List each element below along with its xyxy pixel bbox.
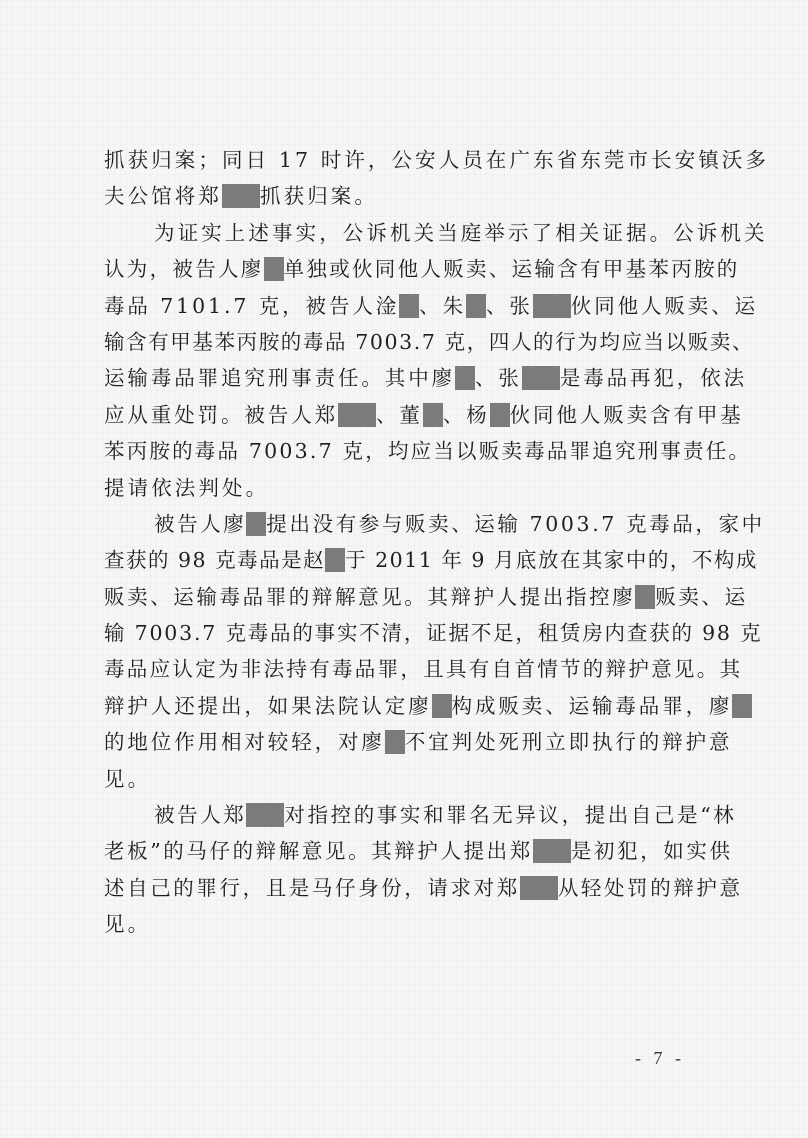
redaction-box: [264, 257, 284, 281]
page-number: - 7 -: [635, 1048, 685, 1069]
text-run: 单独或伙同他人贩卖、运输含有甲基苯丙胺的: [284, 257, 740, 281]
text-run: 见。: [104, 767, 151, 791]
text-run: 贩卖、运输毒品罪的辩解意见。其辩护人提出指控廖: [104, 585, 635, 609]
text-line: 毒品 7101.7 克，被告人淦、朱、张伙同他人贩卖、运: [104, 288, 708, 324]
text-run: 毒品 7101.7 克，被告人淦: [104, 294, 399, 318]
text-run: 是毒品再犯，依法: [560, 366, 747, 390]
redaction-box: [490, 403, 510, 427]
text-line: 输含有甲基苯丙胺的毒品 7003.7 克，四人的行为均应当以贩卖、: [104, 324, 708, 360]
paragraph-start-line: 为证实上述事实，公诉机关当庭举示了相关证据。公诉机关: [104, 215, 708, 251]
text-line: 查获的 98 克毒品是赵于 2011 年 9 月底放在其家中的，不构成: [104, 542, 708, 578]
text-run: 为证实上述事实，公诉机关当庭举示了相关证据。公诉机关: [154, 221, 768, 245]
text-run: 构成贩卖、运输毒品罪，廖: [452, 694, 733, 718]
text-line: 认为，被告人廖单独或伙同他人贩卖、运输含有甲基苯丙胺的: [104, 251, 708, 287]
text-line: 见。: [104, 761, 708, 797]
redaction-box: [246, 803, 284, 827]
text-run: 应从重处罚。被告人郑: [104, 403, 338, 427]
redaction-box: [325, 548, 345, 572]
text-run: 、董: [376, 403, 423, 427]
text-run: 毒品应认定为非法持有毒品罪，且具有自首情节的辩护意见。其: [104, 657, 742, 681]
redaction-box: [246, 512, 266, 536]
redaction-box: [520, 876, 558, 900]
redaction-box: [338, 403, 376, 427]
text-run: 从轻处罚的辩护意: [558, 876, 743, 900]
redaction-box: [533, 839, 571, 863]
text-run: 对指控的事实和罪名无异议，提出自己是“林: [284, 803, 736, 827]
text-run: 抓获归案。: [260, 184, 378, 208]
redaction-box: [399, 294, 419, 318]
redaction-box: [635, 585, 655, 609]
document-page: 抓获归案；同日 17 时许，公安人员在广东省东莞市长安镇沃多 夫公馆将郑抓获归案…: [0, 0, 808, 1138]
redaction-box: [455, 366, 475, 390]
text-run: 于 2011 年 9 月底放在其家中的，不构成: [345, 548, 758, 572]
redaction-box: [432, 694, 452, 718]
text-line: 述自己的罪行，且是马仔身份，请求对郑从轻处罚的辩护意: [104, 870, 708, 906]
text-line: 提请依法判处。: [104, 470, 708, 506]
text-run: 查获的 98 克毒品是赵: [104, 548, 325, 572]
paragraph-start-line: 被告人廖提出没有参与贩卖、运输 7003.7 克毒品，家中: [104, 506, 708, 542]
text-line: 输 7003.7 克毒品的事实不清，证据不足，租赁房内查获的 98 克: [104, 615, 708, 651]
text-run: 贩卖、运: [655, 585, 747, 609]
text-run: 、张: [486, 294, 533, 318]
text-line: 抓获归案；同日 17 时许，公安人员在广东省东莞市长安镇沃多: [104, 142, 708, 178]
text-run: 、朱: [419, 294, 466, 318]
text-run: 夫公馆将郑: [104, 184, 222, 208]
redaction-box: [385, 730, 405, 754]
text-line: 应从重处罚。被告人郑、董、杨伙同他人贩卖含有甲基: [104, 397, 708, 433]
text-run: 、杨: [443, 403, 490, 427]
redaction-box: [423, 403, 443, 427]
text-run: 伙同他人贩卖、运: [571, 294, 758, 318]
text-run: 的地位作用相对较轻，对廖: [104, 730, 385, 754]
text-line: 苯丙胺的毒品 7003.7 克，均应当以贩卖毒品罪追究刑事责任。: [104, 433, 708, 469]
text-run: 认为，被告人廖: [104, 257, 264, 281]
text-run: 输 7003.7 克毒品的事实不清，证据不足，租赁房内查获的 98 克: [104, 621, 762, 645]
text-line: 毒品应认定为非法持有毒品罪，且具有自首情节的辩护意见。其: [104, 651, 708, 687]
redaction-box: [466, 294, 486, 318]
text-run: 抓获归案；同日 17 时许，公安人员在广东省东莞市长安镇沃多: [104, 148, 769, 172]
text-run: 伙同他人贩卖含有甲基: [510, 403, 744, 427]
text-line: 贩卖、运输毒品罪的辩解意见。其辩护人提出指控廖贩卖、运: [104, 579, 708, 615]
text-run: 提出没有参与贩卖、运输 7003.7 克毒品，家中: [266, 512, 764, 536]
text-line: 辩护人还提出，如果法院认定廖构成贩卖、运输毒品罪，廖: [104, 688, 708, 724]
document-body: 抓获归案；同日 17 时许，公安人员在广东省东莞市长安镇沃多 夫公馆将郑抓获归案…: [104, 142, 708, 943]
text-run: 提请依法判处。: [104, 476, 269, 500]
paragraph-start-line: 被告人郑对指控的事实和罪名无异议，提出自己是“林: [104, 797, 708, 833]
text-run: 被告人郑: [154, 803, 246, 827]
redaction-box: [732, 694, 752, 718]
text-line: 运输毒品罪追究刑事责任。其中廖、张是毒品再犯，依法: [104, 360, 708, 396]
redaction-box: [533, 294, 571, 318]
text-run: 被告人廖: [154, 512, 246, 536]
text-line: 夫公馆将郑抓获归案。: [104, 178, 708, 214]
text-run: 是初犯，如实供: [571, 839, 733, 863]
text-line: 见。: [104, 906, 708, 942]
text-run: 运输毒品罪追究刑事责任。其中廖: [104, 366, 455, 390]
text-run: 见。: [104, 912, 151, 936]
text-run: 输含有甲基苯丙胺的毒品 7003.7 克，四人的行为均应当以贩卖、: [104, 330, 754, 354]
redaction-box: [522, 366, 560, 390]
text-run: 、张: [475, 366, 522, 390]
text-line: 老板”的马仔的辩解意见。其辩护人提出郑是初犯，如实供: [104, 833, 708, 869]
text-run: 老板”的马仔的辩解意见。其辩护人提出郑: [104, 839, 533, 863]
text-line: 的地位作用相对较轻，对廖不宜判处死刑立即执行的辩护意: [104, 724, 708, 760]
text-run: 述自己的罪行，且是马仔身份，请求对郑: [104, 876, 520, 900]
text-run: 苯丙胺的毒品 7003.7 克，均应当以贩卖毒品罪追究刑事责任。: [104, 439, 751, 463]
text-run: 不宜判处死刑立即执行的辩护意: [405, 730, 733, 754]
redaction-box: [222, 184, 260, 208]
text-run: 辩护人还提出，如果法院认定廖: [104, 694, 432, 718]
